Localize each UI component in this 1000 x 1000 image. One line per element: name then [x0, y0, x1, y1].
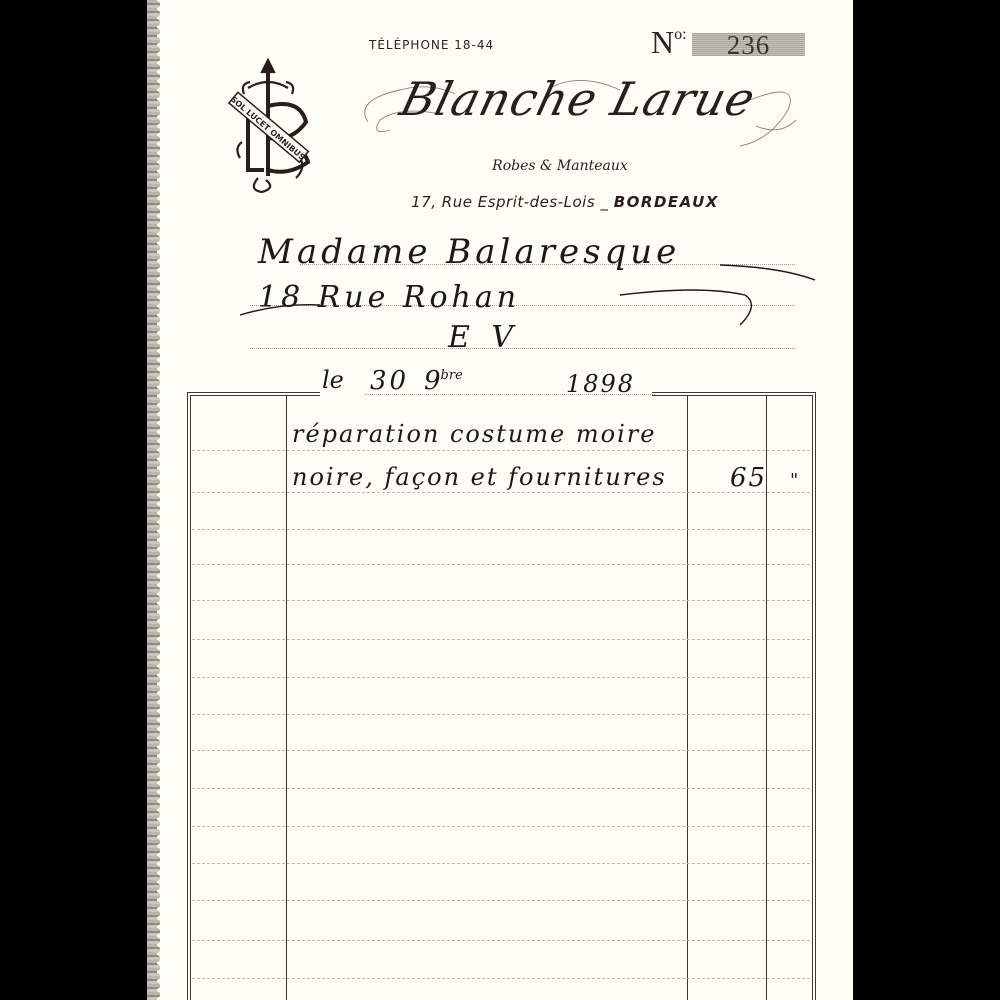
table-rule: [192, 639, 810, 640]
invoice-number-box: 236: [692, 33, 805, 56]
table-rule: [192, 714, 810, 715]
table-rule: [192, 900, 810, 901]
table-rule: [192, 788, 810, 789]
date-year: 1898: [566, 370, 635, 398]
line-item-cents: ": [790, 470, 798, 491]
business-tagline: Robes & Manteaux: [440, 158, 680, 174]
table-divider-1: [286, 395, 287, 1000]
table-rule: [192, 863, 810, 864]
table-rule: [192, 978, 810, 979]
table-rule: [192, 677, 810, 678]
date-month-number: 9: [424, 366, 441, 396]
handwriting-flourishes: [240, 225, 820, 365]
line-item-description-2: noire, façon et fournitures: [292, 463, 667, 491]
monogram-logo-icon: SOL LUCET OMNIBUS: [218, 58, 318, 193]
perforated-stub-edge: [147, 0, 161, 1000]
date-prefix: le: [322, 366, 344, 394]
line-item-amount: 65: [730, 463, 767, 493]
table-rule: [192, 940, 810, 941]
business-address: 17, Rue Esprit-des-Lois _ BORDEAUX: [390, 193, 740, 211]
number-label-suffix: o:: [674, 26, 686, 43]
table-rule: [192, 450, 810, 451]
table-divider-2: [687, 395, 688, 1000]
telephone-number: TÉLÉPHONE 18-44: [369, 38, 494, 52]
number-label-n: N: [651, 24, 674, 60]
table-rule: [192, 826, 810, 827]
table-top-border-left-inner: [190, 395, 320, 396]
date-month: 9bre: [424, 366, 463, 396]
business-name: Blanche Larue: [361, 72, 794, 126]
table-left-border-inner: [190, 395, 191, 1000]
table-rule: [192, 529, 810, 530]
table-rule: [192, 600, 810, 601]
table-right-border-outer: [815, 392, 816, 1000]
table-top-border-right-inner: [652, 395, 812, 396]
date-day: 30: [370, 366, 409, 396]
date-month-suffix: bre: [441, 368, 463, 383]
table-right-border-inner: [812, 395, 813, 1000]
line-item-description-1: réparation costume moire: [292, 420, 656, 448]
table-rule: [192, 750, 810, 751]
table-top-border-left: [187, 392, 320, 393]
table-top-border-right: [652, 392, 815, 393]
invoice-number-label: No:: [651, 26, 687, 58]
table-left-border-outer: [187, 392, 188, 1000]
address-street: 17, Rue Esprit-des-Lois _: [411, 193, 614, 211]
table-rule: [192, 564, 810, 565]
table-rule: [192, 492, 810, 493]
address-city: BORDEAUX: [614, 193, 719, 211]
